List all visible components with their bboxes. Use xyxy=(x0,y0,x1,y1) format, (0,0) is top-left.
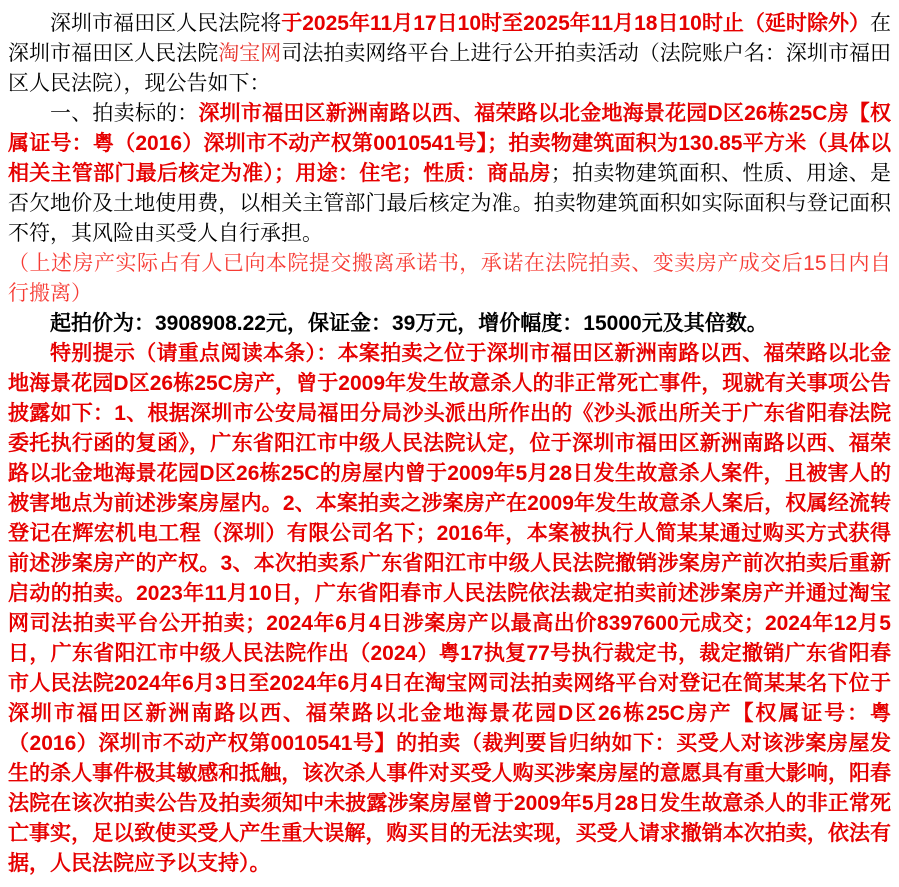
text-run: 一、拍卖标的： xyxy=(50,102,198,125)
occupant-commitment-note: （上述房产实际占有人已向本院提交搬离承诺书，承诺在法院拍卖、变卖房产成交后15日… xyxy=(8,249,891,309)
text-run: 特别提示（请重点阅读本条）：本案拍卖之位于深圳市福田区新洲南路以西、福荣路以北金… xyxy=(8,342,891,875)
announcement-page: 深圳市福田区人民法院将于2025年11月17日10时至2025年11月18日10… xyxy=(0,0,899,887)
text-run: （上述房产实际占有人已向本院提交搬离承诺书，承诺在法院拍卖、变卖房产成交后15日… xyxy=(8,252,891,305)
intro-paragraph: 深圳市福田区人民法院将于2025年11月17日10时至2025年11月18日10… xyxy=(8,9,891,99)
special-notice-paragraph: 特别提示（请重点阅读本条）：本案拍卖之位于深圳市福田区新洲南路以西、福荣路以北金… xyxy=(8,339,891,879)
text-run: 起拍价为：3908908.22元，保证金：39万元，增价幅度：15000元及其倍… xyxy=(50,312,768,335)
text-run: 深圳市福田区人民法院将 xyxy=(50,12,281,35)
taobao-link[interactable]: 淘宝网 xyxy=(218,42,281,65)
price-paragraph: 起拍价为：3908908.22元，保证金：39万元，增价幅度：15000元及其倍… xyxy=(8,309,891,339)
announcement-body: 深圳市福田区人民法院将于2025年11月17日10时至2025年11月18日10… xyxy=(8,9,891,879)
auction-subject-paragraph: 一、拍卖标的：深圳市福田区新洲南路以西、福荣路以北金地海景花园D区26栋25C房… xyxy=(8,99,891,249)
text-run: 于2025年11月17日10时至2025年11月18日10时止（延时除外） xyxy=(281,12,870,35)
